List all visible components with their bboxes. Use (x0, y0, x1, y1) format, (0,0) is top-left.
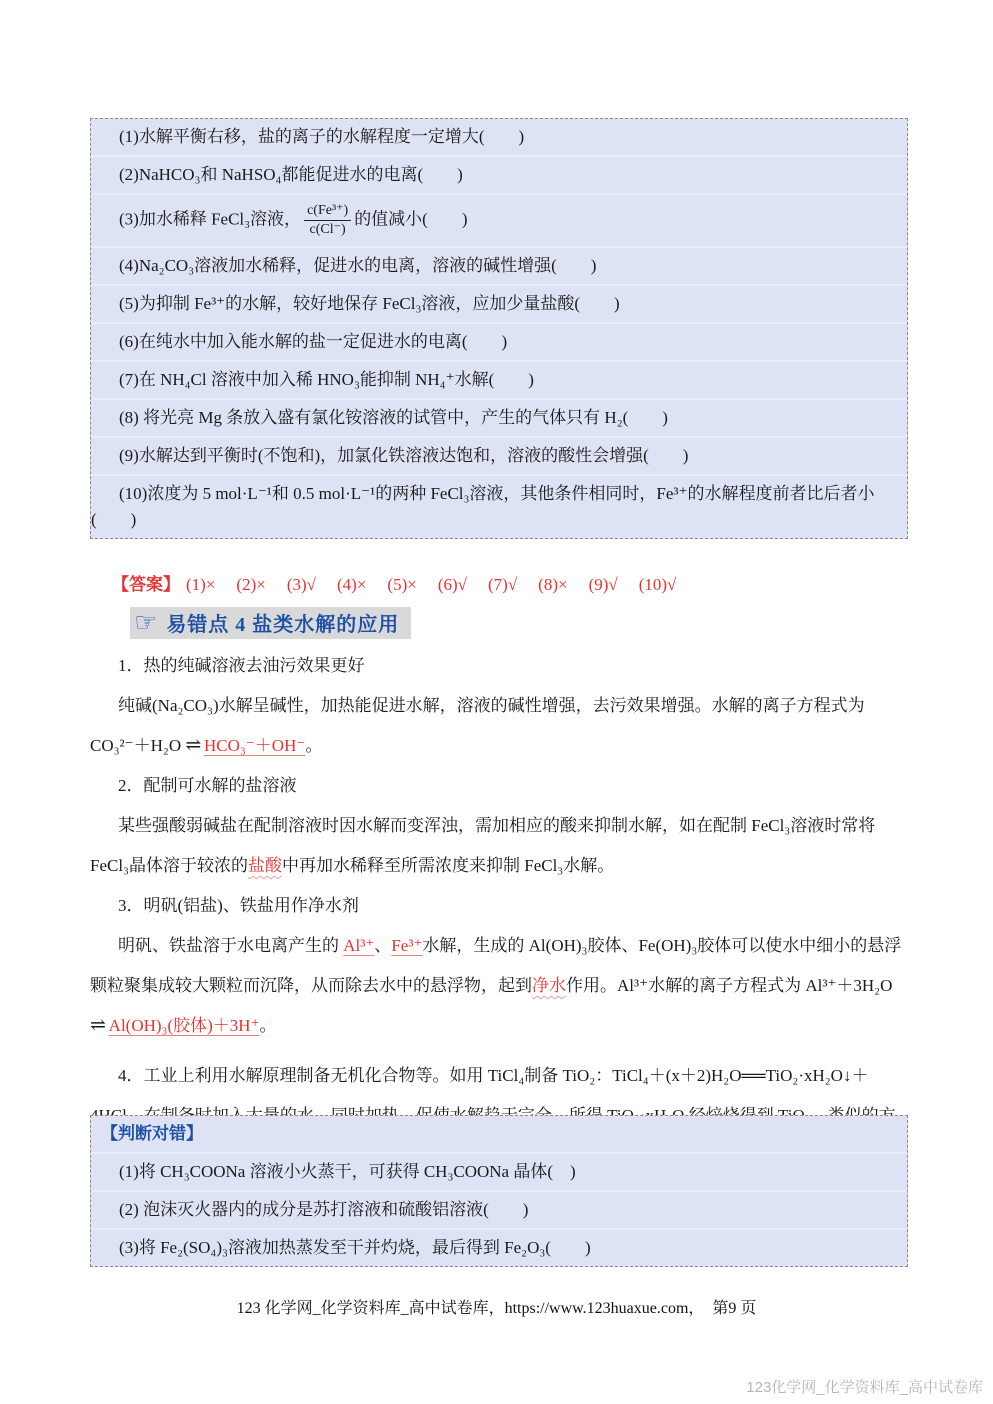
section-body: 1．热的纯碱溶液去油污效果更好 纯碱(Na₂CO₃)水解呈碱性，加热能促进水解，… (90, 646, 910, 1176)
s3-al-ion-red: Al³⁺ (343, 936, 374, 955)
judge-item-text: (3)将 Fe₂(SO₄)₃溶液加热蒸发至干并灼烧，最后得到 Fe₂O₃( ) (119, 1238, 591, 1257)
s3-fe-ion-red: Fe³⁺ (391, 936, 422, 955)
quiz-item-text: (1)水解平衡右移，盐的离子的水解程度一定增大( ) (119, 127, 524, 146)
answer-9: (9)√ (589, 575, 618, 594)
s3-paragraph: 明矾、铁盐溶于水电离产生的 Al³⁺、Fe³⁺水解，生成的 Al(OH)₃胶体、… (90, 926, 910, 1046)
quiz-item-text: (9)水解达到平衡时(不饱和)，加氯化铁溶液达饱和，溶液的酸性会增强( ) (119, 446, 688, 465)
quiz-item-text: (6)在纯水中加入能水解的盐一定促进水的电离( ) (119, 332, 507, 351)
quiz-item-7: (7)在 NH₄Cl 溶液中加入稀 HNO₃能抑制 NH₄⁺水解( ) (91, 362, 907, 400)
fraction-numerator: c(Fe³⁺) (304, 202, 351, 221)
s1-heading: 1．热的纯碱溶液去油污效果更好 (90, 646, 910, 686)
s3-body-b: 、 (374, 936, 391, 955)
quiz-item-text: (5)为抑制 Fe³⁺的水解，较好地保存 FeCl₃溶液，应加少量盐酸( ) (119, 294, 620, 313)
document-page: (1)水解平衡右移，盐的离子的水解程度一定增大( ) (2)NaHCO₃和 Na… (0, 0, 993, 1404)
s3-heading-text: 3．明矾(铝盐)、铁盐用作净水剂 (118, 896, 359, 915)
judge-item-text: (1)将 CH₃COONa 溶液小火蒸干，可获得 CH₃COONa 晶体( ) (119, 1162, 576, 1181)
judge-item-text: (2) 泡沫灭火器内的成分是苏打溶液和硫酸铝溶液( ) (119, 1200, 528, 1219)
quiz-item-text: (10)浓度为 5 mol·L⁻¹和 0.5 mol·L⁻¹的两种 FeCl₃溶… (91, 484, 875, 529)
s1-paragraph: 纯碱(Na₂CO₃)水解呈碱性，加热能促进水解，溶液的碱性增强，去污效果增强。水… (90, 686, 910, 766)
s1-period: 。 (305, 736, 322, 755)
s2-hydrochloric-acid-red: 盐酸 (248, 856, 282, 875)
answer-3: (3)√ (287, 575, 316, 594)
quiz-item-10: (10)浓度为 5 mol·L⁻¹和 0.5 mol·L⁻¹的两种 FeCl₃溶… (91, 476, 907, 538)
judge-box-header-text: 【判断对错】 (101, 1124, 203, 1143)
quiz-item-text: (7)在 NH₄Cl 溶液中加入稀 HNO₃能抑制 NH₄⁺水解( ) (119, 370, 534, 389)
s1-equation-red: HCO₃⁻＋OH⁻ (204, 736, 305, 755)
s3-period: 。 (260, 1016, 277, 1035)
s1-heading-text: 1．热的纯碱溶液去油污效果更好 (118, 656, 365, 675)
equilibrium-arrow: ⇌ (185, 735, 204, 756)
s3-body-d: 作用。Al³⁺水解的离子方程式为 Al³⁺＋3H₂O (566, 976, 892, 995)
s3-equation-red: Al(OH)₃(胶体)＋3H⁺ (109, 1016, 260, 1035)
answer-line: 【答案】(1)×(2)×(3)√(4)×(5)×(6)√(7)√(8)×(9)√… (112, 570, 697, 595)
judge-right-wrong-box: 【判断对错】 (1)将 CH₃COONa 溶液小火蒸干，可获得 CH₃COONa… (90, 1115, 908, 1267)
judge-box-header: 【判断对错】 (91, 1116, 907, 1154)
quiz-item-1: (1)水解平衡右移，盐的离子的水解程度一定增大( ) (91, 119, 907, 157)
answer-2: (2)× (236, 575, 265, 594)
answer-1: (1)× (186, 575, 215, 594)
answer-10: (10)√ (639, 575, 677, 594)
quiz-item-9: (9)水解达到平衡时(不饱和)，加氯化铁溶液达饱和，溶液的酸性会增强( ) (91, 438, 907, 476)
section-header-error-point-4: ☞ 易错点 4 盐类水解的应用 (130, 607, 411, 639)
page-footer: 123 化学网_化学资料库_高中试卷库，https://www.123huaxu… (0, 1295, 993, 1318)
fraction-denominator: c(Cl⁻) (304, 221, 351, 239)
s2-heading-text: 2．配制可水解的盐溶液 (118, 776, 297, 795)
s2-paragraph: 某些强酸弱碱盐在配制溶液时因水解而变浑浊，需加相应的酸来抑制水解，如在配制 Fe… (90, 806, 910, 886)
judge-item-2: (2) 泡沫灭火器内的成分是苏打溶液和硫酸铝溶液( ) (91, 1192, 907, 1230)
quiz-item-3: (3)加水稀释 FeCl₃溶液，c(Fe³⁺)c(Cl⁻)的值减小( ) (91, 195, 907, 248)
s3-water-purify-red: 净水 (532, 976, 566, 995)
answer-7: (7)√ (488, 575, 517, 594)
answer-5: (5)× (387, 575, 416, 594)
quiz-item-4: (4)Na₂CO₃溶液加水稀释，促进水的电离，溶液的碱性增强( ) (91, 248, 907, 286)
s3-body-a: 明矾、铁盐溶于水电离产生的 (118, 936, 343, 955)
judge-item-1: (1)将 CH₃COONa 溶液小火蒸干，可获得 CH₃COONa 晶体( ) (91, 1154, 907, 1192)
concentration-ratio-fraction: c(Fe³⁺)c(Cl⁻) (304, 202, 351, 239)
quiz-item-8: (8) 将光亮 Mg 条放入盛有氯化铵溶液的试管中，产生的气体只有 H₂( ) (91, 400, 907, 438)
judge-item-3: (3)将 Fe₂(SO₄)₃溶液加热蒸发至干并灼烧，最后得到 Fe₂O₃( ) (91, 1230, 907, 1266)
equilibrium-arrow: ⇌ (90, 1015, 109, 1036)
section-title: 易错点 4 盐类水解的应用 (166, 608, 399, 637)
answer-6: (6)√ (438, 575, 467, 594)
answer-label: 【答案】 (112, 575, 180, 594)
s2-body-b: 中再加水稀释至所需浓度来抑制 FeCl₃水解。 (282, 856, 614, 875)
answer-4: (4)× (337, 575, 366, 594)
quiz-item-text-suffix: 的值减小( ) (354, 210, 467, 229)
hydrolysis-judgment-box: (1)水解平衡右移，盐的离子的水解程度一定增大( ) (2)NaHCO₃和 Na… (90, 118, 908, 539)
quiz-item-text: (8) 将光亮 Mg 条放入盛有氯化铵溶液的试管中，产生的气体只有 H₂( ) (119, 408, 668, 427)
s3-heading: 3．明矾(铝盐)、铁盐用作净水剂 (90, 886, 910, 926)
quiz-item-5: (5)为抑制 Fe³⁺的水解，较好地保存 FeCl₃溶液，应加少量盐酸( ) (91, 286, 907, 324)
quiz-item-text: (4)Na₂CO₃溶液加水稀释，促进水的电离，溶液的碱性增强( ) (119, 256, 596, 275)
watermark: 123化学网_化学资料库_高中试卷库 (746, 1376, 983, 1397)
pointing-hand-icon: ☞ (134, 610, 157, 636)
quiz-item-text: (2)NaHCO₃和 NaHSO₄都能促进水的电离( ) (119, 165, 463, 184)
quiz-item-text-prefix: (3)加水稀释 FeCl₃溶液， (119, 210, 301, 229)
answer-8: (8)× (538, 575, 567, 594)
quiz-item-2: (2)NaHCO₃和 NaHSO₄都能促进水的电离( ) (91, 157, 907, 195)
s2-heading: 2．配制可水解的盐溶液 (90, 766, 910, 806)
quiz-item-6: (6)在纯水中加入能水解的盐一定促进水的电离( ) (91, 324, 907, 362)
